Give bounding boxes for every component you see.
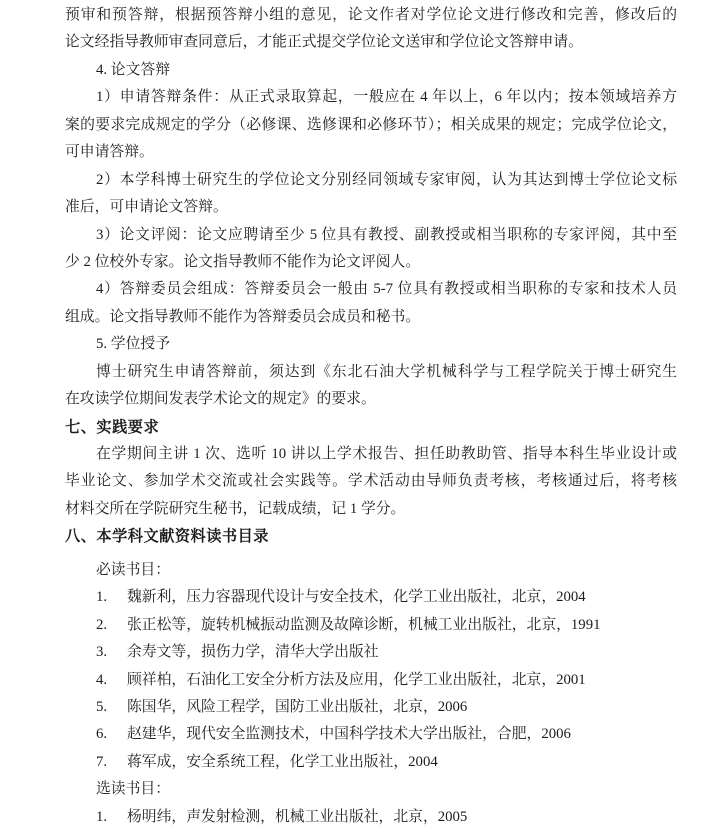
paragraph-line: 少 2 位校外专家。论文指导教师不能作为论文评阅人。 [65,249,677,276]
list-item-text: 杨明纬，声发射检测，机械工业出版社，北京，2005 [127,809,467,825]
optional-books-label: 选读书目： [65,776,677,803]
list-number: 2. [96,612,127,639]
list-number: 5. [96,694,127,721]
paragraph-line: 2）本学科博士研究生的学位论文分别经同领域专家审阅，认为其达到博士学位论文标 [65,167,677,194]
list-item-text: 张正松等，旋转机械振动监测及故障诊断，机械工业出版社，北京，1991 [127,617,601,633]
paragraph-line: 4）答辩委员会组成：答辩委员会一般由 5-7 位具有教授或相当职称的专家和技术人… [65,276,677,303]
list-item-text: 陈国华，风险工程学，国防工业出版社，北京，2006 [127,699,467,715]
paragraph-line: 可申请答辩。 [65,139,677,166]
book-list-item: 7.蒋军成，安全系统工程，化学工业出版社，2004 [65,749,677,776]
paragraph-line: 预审和预答辩，根据预答辩小组的意见，论文作者对学位论文进行修改和完善，修改后的 [65,2,677,29]
section-heading-reading-list: 八、本学科文献资料读书目录 [65,523,677,550]
list-item-text: 余寿文等，损伤力学，清华大学出版社 [127,644,379,660]
book-list-item: 6.赵建华，现代安全监测技术，中国科学技术大学出版社，合肥，2006 [65,721,677,748]
paragraph-line: 1）申请答辩条件：从正式录取算起，一般应在 4 年以上，6 年以内；按本领域培养… [65,84,677,111]
book-list-item: 5.陈国华，风险工程学，国防工业出版社，北京，2006 [65,694,677,721]
paragraph-line: 组成。论文指导教师不能作为答辩委员会成员和秘书。 [65,304,677,331]
list-number: 4. [96,667,127,694]
paragraph-line: 3）论文评阅：论文应聘请至少 5 位具有教授、副教授或相当职称的专家评阅，其中至 [65,222,677,249]
list-number: 7. [96,749,127,776]
paragraph-line: 材料交所在学院研究生秘书，记载成绩，记 1 学分。 [65,496,677,523]
paragraph-line: 案的要求完成规定的学分（必修课、选修课和必修环节）；相关成果的规定；完成学位论文… [65,112,677,139]
paragraph-line: 准后，可申请论文答辩。 [65,194,677,221]
list-item-text: 赵建华，现代安全监测技术，中国科学技术大学出版社，合肥，2006 [127,726,571,742]
list-item-text: 魏新利，压力容器现代设计与安全技术，化学工业出版社，北京，2004 [127,589,586,605]
numbered-subtitle: 5. 学位授予 [65,331,677,358]
numbered-subtitle: 4. 论文答辩 [65,57,677,84]
paragraph-line: 在学期间主讲 1 次、选听 10 讲以上学术报告、担任助教助管、指导本科生毕业设… [65,441,677,468]
paragraph-line: 博士研究生申请答辩前，须达到《东北石油大学机械科学与工程学院关于博士研究生 [65,359,677,386]
list-number: 6. [96,721,127,748]
required-books-label: 必读书目： [65,557,677,584]
list-number: 1. [96,804,127,829]
paragraph-line: 在攻读学位期间发表学术论文的规定》的要求。 [65,386,677,413]
book-list-item: 2.张正松等，旋转机械振动监测及故障诊断，机械工业出版社，北京，1991 [65,612,677,639]
book-list-item: 3.余寿文等，损伤力学，清华大学出版社 [65,639,677,666]
list-item-text: 顾祥柏，石油化工安全分析方法及应用，化学工业出版社，北京，2001 [127,672,586,688]
paragraph-line: 毕业论文、参加学术交流或社会实践等。学术活动由导师负责考核，考核通过后，将考核 [65,468,677,495]
list-number: 3. [96,639,127,666]
paragraph-line: 论文经指导教师审查同意后，才能正式提交学位论文送审和学位论文答辩申请。 [65,29,677,56]
section-heading-practice-requirements: 七、实践要求 [65,414,677,441]
book-list-item: 1.魏新利，压力容器现代设计与安全技术，化学工业出版社，北京，2004 [65,584,677,611]
book-list-item: 4.顾祥柏，石油化工安全分析方法及应用，化学工业出版社，北京，2001 [65,667,677,694]
book-list-item: 1.杨明纬，声发射检测，机械工业出版社，北京，2005 [65,804,677,829]
list-item-text: 蒋军成，安全系统工程，化学工业出版社，2004 [127,754,438,770]
list-number: 1. [96,584,127,611]
document-page: 预审和预答辩，根据预答辩小组的意见，论文作者对学位论文进行修改和完善，修改后的论… [0,0,715,829]
